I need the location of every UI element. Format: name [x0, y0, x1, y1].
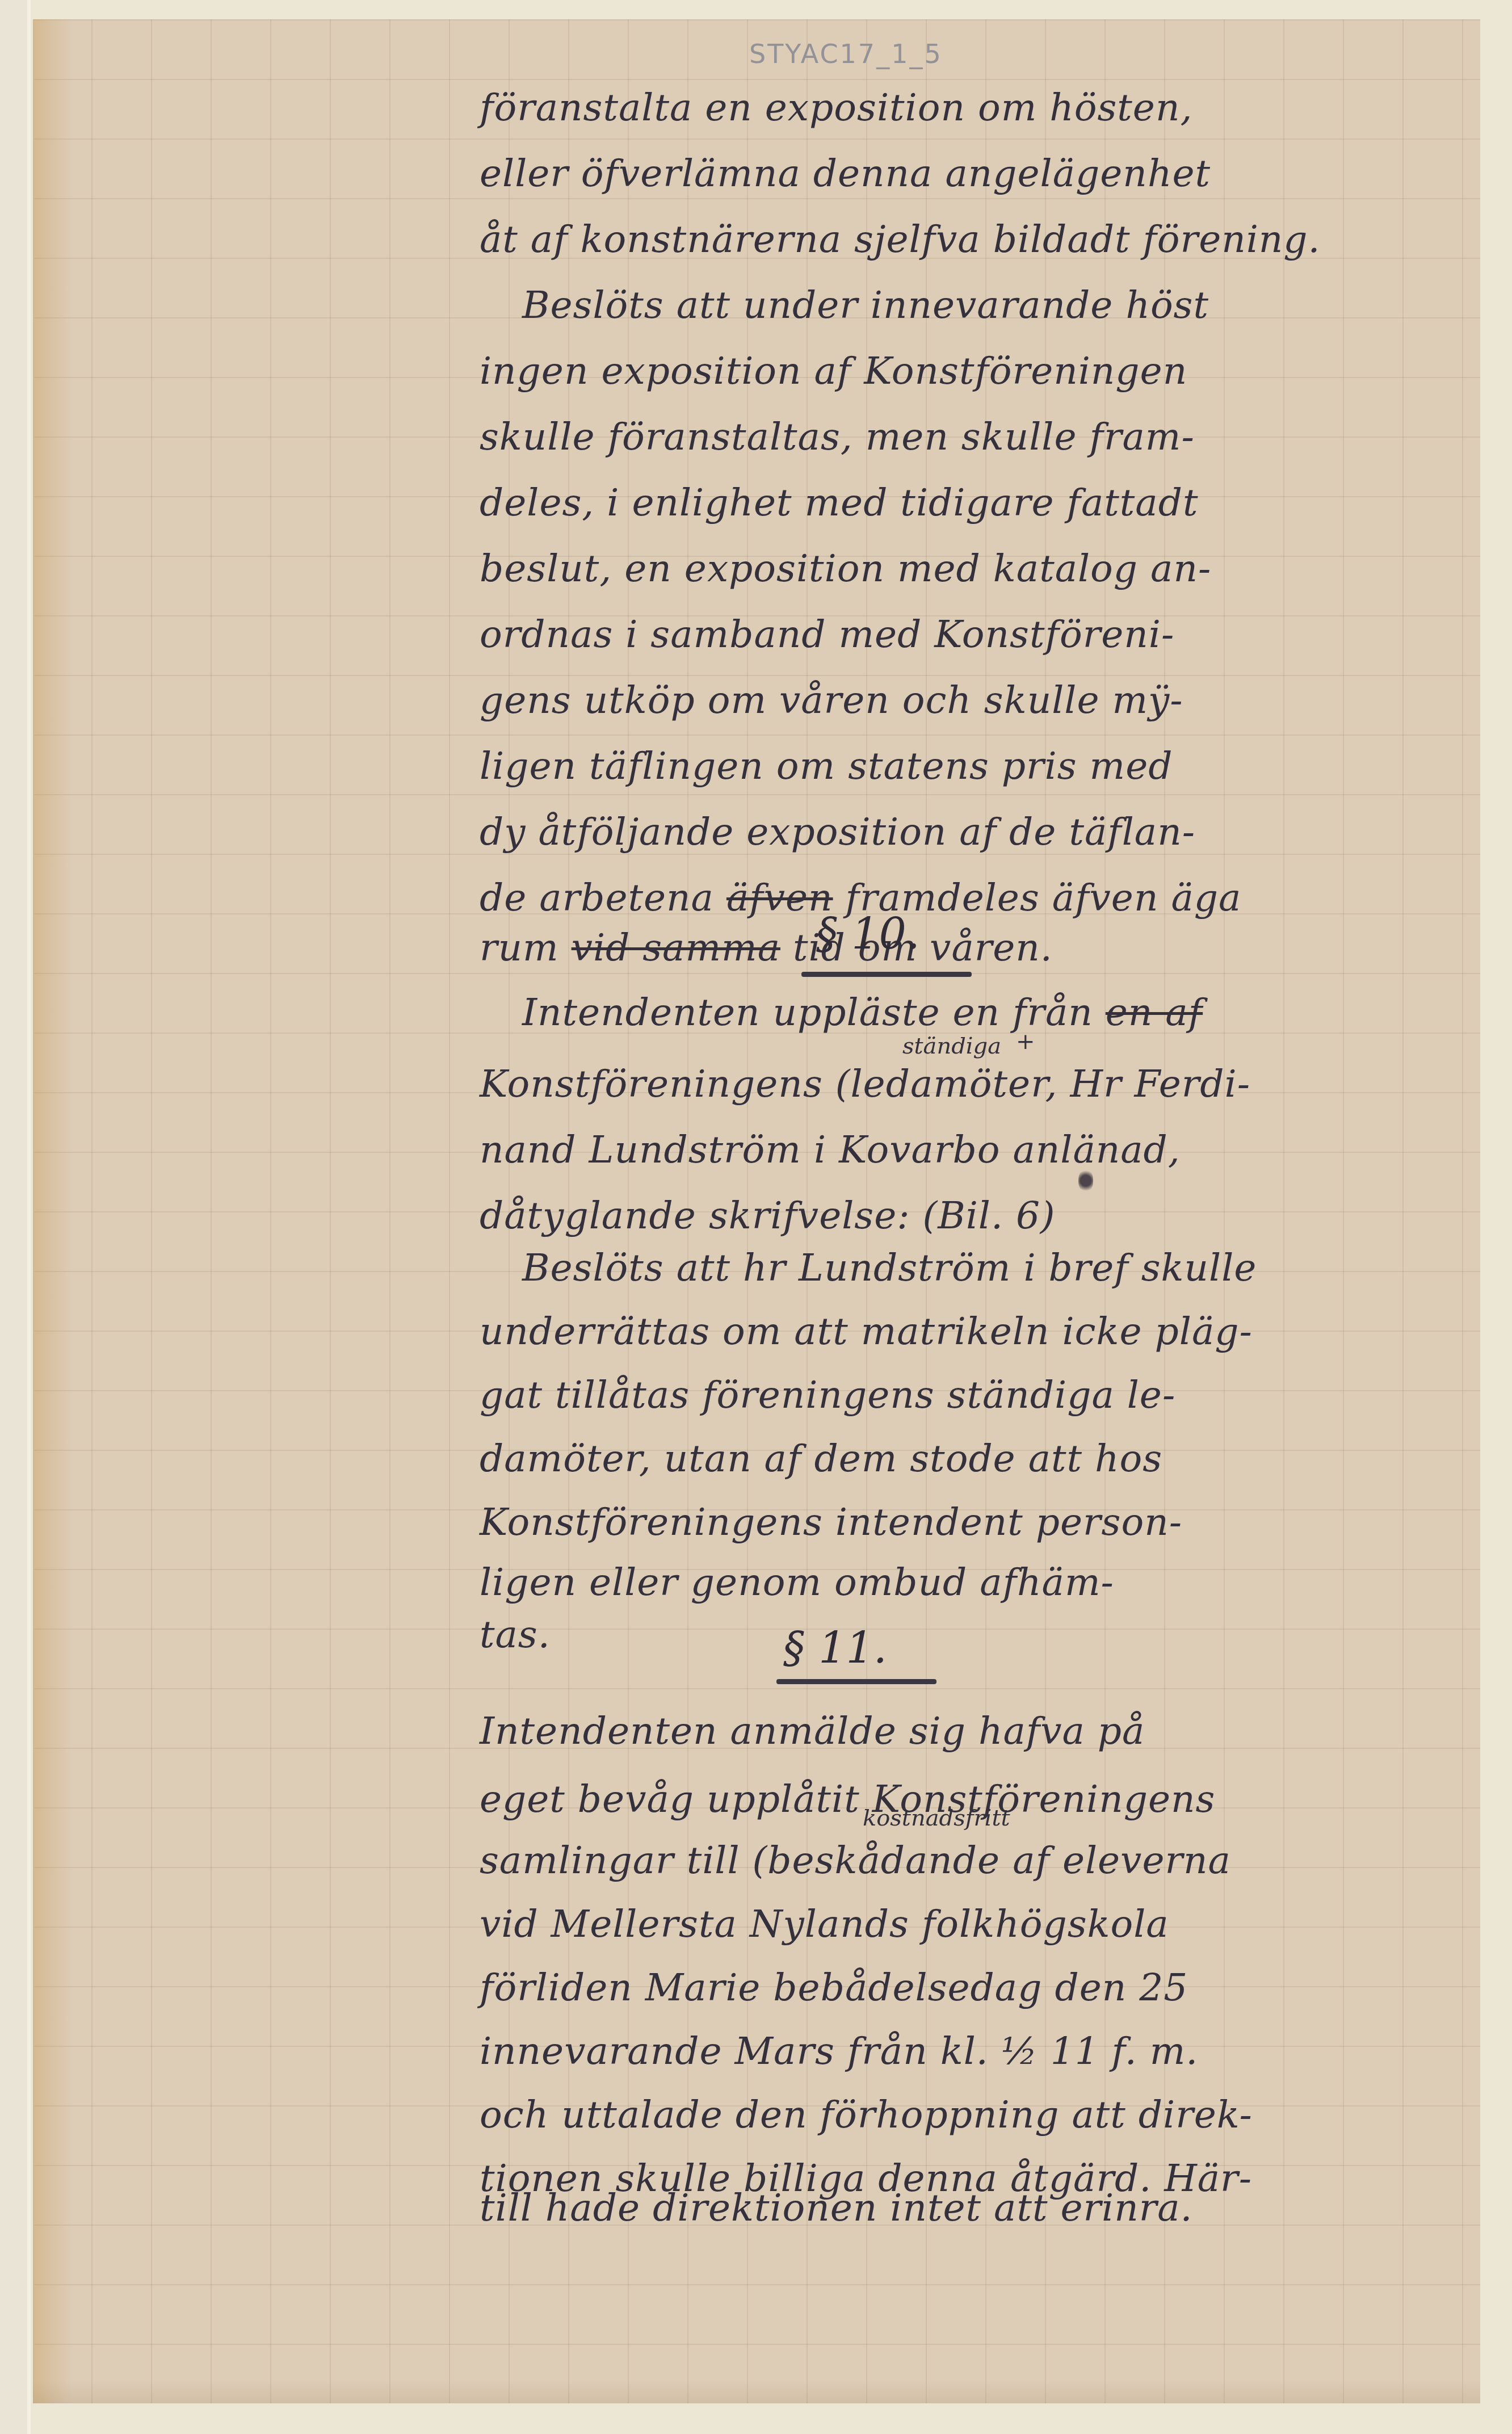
manuscript-line: dy åtföljande exposition af de täflan- — [480, 809, 1195, 855]
manuscript-line: föranstalta en exposition om hösten, — [480, 85, 1192, 131]
manuscript-line: till hade direktionen intet att erinra. — [480, 2185, 1193, 2231]
insertion-mark: + — [1016, 1029, 1035, 1055]
manuscript-line: damöter, utan af dem stode att hos — [480, 1436, 1162, 1482]
manuscript-line: ligen täflingen om statens pris med — [480, 744, 1173, 789]
manuscript-line: skulle föranstaltas, men skulle fram- — [480, 414, 1195, 460]
section-11-underline — [776, 1679, 936, 1684]
manuscript-line: deles, i enlighet med tidigare fattadt — [480, 480, 1198, 526]
struck-text: en af — [1106, 991, 1203, 1034]
manuscript-line: eller öfverlämna denna angelägenhet — [480, 151, 1211, 196]
line-text: Intendenten uppläste en från — [522, 991, 1106, 1034]
manuscript-line: Beslöts att hr Lundström i bref skulle — [522, 1245, 1257, 1291]
struck-text: vid samma — [572, 926, 780, 970]
line-text: rum — [480, 926, 572, 970]
interlinear-insertion: kostnadsfritt — [863, 1805, 1010, 1831]
archive-reference: STYAC17_1_5 — [749, 39, 943, 69]
manuscript-line: beslut, en exposition med katalog an- — [480, 546, 1211, 591]
manuscript-line: Intendenten uppläste en från en af — [522, 990, 1203, 1035]
section-10-heading: § 10. — [816, 908, 920, 959]
manuscript-line: vid Mellersta Nylands folkhögskola — [480, 1902, 1169, 1947]
manuscript-line: Konstföreningens (ledamöter, Hr Ferdi- — [480, 1061, 1250, 1107]
section-11-heading: § 11. — [783, 1622, 887, 1673]
manuscript-line: gens utköp om våren och skulle mÿ- — [480, 678, 1183, 723]
manuscript-line: gat tillåtas föreningens ständiga le- — [480, 1373, 1175, 1418]
manuscript-line: eget bevåg upplåtit Konstföreningens — [480, 1777, 1215, 1822]
manuscript-line: förliden Marie bebådelsedag den 25 — [480, 1965, 1188, 2011]
interlinear-insertion: ständiga — [902, 1033, 1001, 1059]
manuscript-line: Konstföreningens intendent person- — [480, 1500, 1182, 1545]
manuscript-line: nand Lundström i Kovarbo anlänad, — [480, 1127, 1181, 1173]
manuscript-line: Beslöts att under innevarande höst — [522, 283, 1209, 328]
manuscript-line: Intendenten anmälde sig hafva på — [480, 1709, 1145, 1754]
manuscript-line: och uttalade den förhoppning att direk- — [480, 2092, 1253, 2138]
line-text: de arbetena — [480, 876, 726, 920]
manuscript-line: rum vid samma tid om våren. — [480, 925, 1053, 971]
manuscript-line: innevarande Mars från kl. ½ 11 f. m. — [480, 2029, 1198, 2074]
mount-board-left — [0, 0, 31, 2434]
manuscript-line: åt af konstnärerna sjelfva bildadt fören… — [480, 217, 1321, 262]
section-10-underline — [801, 972, 972, 977]
manuscript-line: tas. — [480, 1612, 551, 1657]
manuscript-line: ingen exposition af Konstföreningen — [480, 349, 1187, 394]
manuscript-line: samlingar till (beskådande af eleverna — [480, 1838, 1231, 1883]
manuscript-line: underrättas om att matrikeln icke pläg- — [480, 1309, 1253, 1354]
manuscript-line: ordnas i samband med Konstföreni- — [480, 612, 1174, 657]
manuscript-line: dåtyglande skrifvelse: (Bil. 6) — [480, 1193, 1056, 1239]
ink-blot — [1078, 1169, 1093, 1192]
manuscript-line: ligen eller genom ombud afhäm- — [480, 1560, 1114, 1605]
